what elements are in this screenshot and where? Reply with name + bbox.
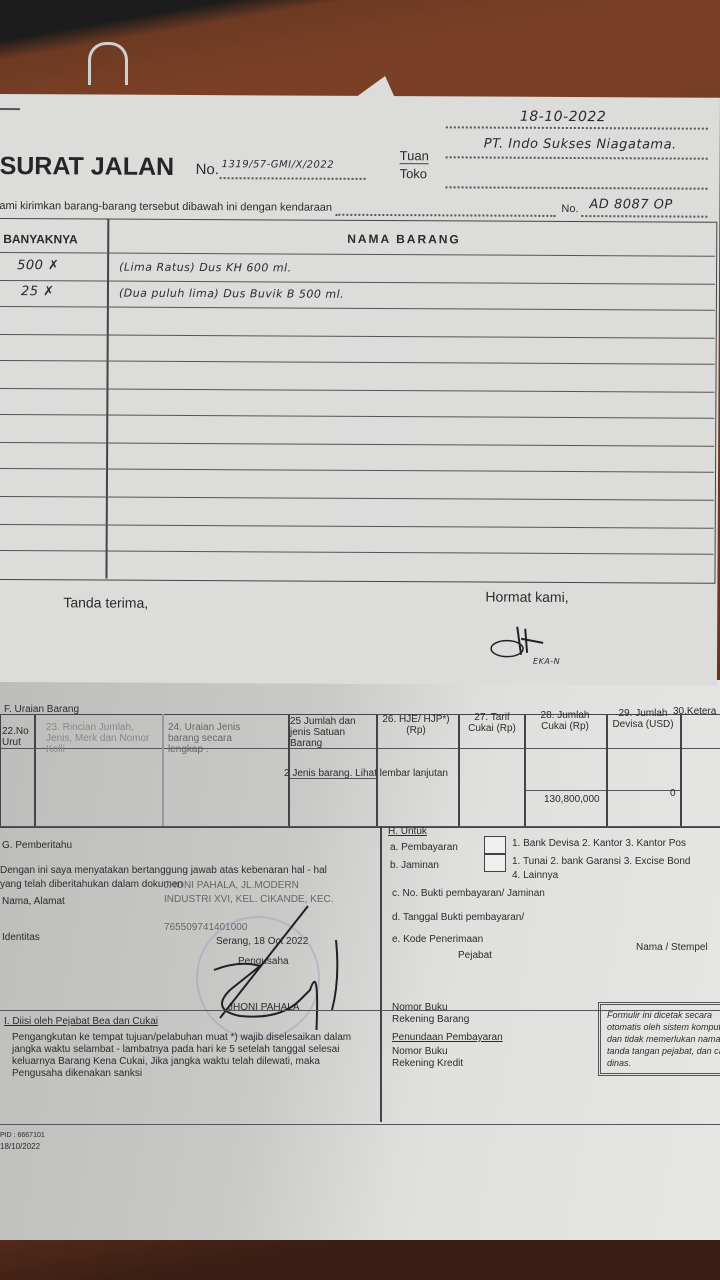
jaminan-label: b. Jaminan (390, 860, 439, 871)
signer-eka: EKA-N (533, 657, 560, 666)
tanggal-bukti-label: d. Tanggal Bukti pembayaran/ (392, 912, 524, 923)
vehicle-no-value: AD 8087 OP (589, 197, 672, 212)
hormat-kami-label: Hormat kami, (485, 589, 568, 605)
pembayaran-label: a. Pembayaran (390, 842, 458, 853)
section-h-title: H. Untuk (388, 826, 427, 837)
header-rincian: 23. Rincian Jumlah, Jenis, Merk dan Nomo… (46, 722, 156, 755)
pid-label: PID : 6667101 (0, 1132, 45, 1139)
nama-value-1: JHONI PAHALA, JL.MODERN (164, 880, 299, 891)
tuan-label: Tuan (400, 148, 429, 164)
nomor-buku-1: Nomor Buku (392, 1002, 448, 1013)
penundaan-pembayaran: Penundaan Pembayaran (392, 1032, 503, 1043)
column-header-item: NAMA BARANG (347, 232, 461, 247)
header-jumlah-satuan: 25 Jumlah dan jenis Satuan Barang (290, 716, 374, 749)
printed-date: 18/10/2022 (0, 1142, 40, 1151)
surat-jalan-no: 1319/57-GMI/X/2022 (222, 159, 335, 171)
identitas-label: Identitas (2, 932, 40, 943)
rekening-barang: Rekening Barang (392, 1014, 469, 1025)
row-2-item: (Dua puluh lima) Dus Buvik B 500 ml. (119, 287, 344, 301)
jaminan-checkbox[interactable] (484, 854, 506, 872)
pembayaran-options: 1. Bank Devisa 2. Kantor 3. Kantor Pos (512, 838, 686, 849)
total-devisa: 0 (670, 788, 676, 799)
header-uraian: 24. Uraian Jenis barang secara lengkap . (168, 722, 268, 755)
nomor-buku-2: Nomor Buku (392, 1046, 448, 1057)
section-g-title: G. Pemberitahu (2, 840, 72, 851)
tanda-terima-label: Tanda terima, (63, 594, 148, 610)
no-label: No. (196, 161, 219, 178)
row-1-qty: 500 ✗ (17, 258, 59, 273)
jaminan-options-2: 4. Lainnya (512, 870, 558, 881)
pejabat-label: Pejabat (458, 950, 492, 961)
surat-jalan-paper: 18-10-2022 SURAT JALAN No. 1319/57-GMI/X… (0, 94, 720, 686)
vehicle-no-label: No. (561, 203, 578, 215)
customs-form-paper: F. Uraian Barang 22.No Urut 23. Rincian … (0, 680, 720, 1240)
section-i-title: I. Diisi oleh Pejabat Bea dan Cukai (4, 1016, 158, 1027)
row-2-qty: 25 ✗ (21, 284, 55, 299)
intro-text: ami kirimkan barang-barang tersebut diba… (0, 200, 332, 214)
auto-print-note: Formulir ini dicetak secara otomatis ole… (598, 1002, 720, 1076)
nama-stempel-label: Nama / Stempel (636, 942, 708, 953)
nama-alamat-label: Nama, Alamat (2, 896, 65, 907)
column-header-qty: BANYAKNYA (3, 232, 78, 246)
header-jumlah-devisa: 29. Jumlah Devisa (USD) (608, 708, 678, 730)
kode-penerimaan-label: e. Kode Penerimaan (392, 934, 483, 945)
header-hje: 26. HJE/ HJP*) (Rp) (380, 714, 452, 736)
document-title: SURAT JALAN (0, 152, 174, 182)
date-value: 18-10-2022 (520, 109, 606, 125)
header-no-urut: 22.No Urut (2, 726, 32, 748)
header-tarif: 27. Tarif Cukai (Rp) (462, 712, 522, 734)
header-keterangan: 30.Ketera (673, 706, 720, 717)
row-1-item: (Lima Ratus) Dus KH 600 ml. (119, 261, 292, 275)
paper-clip (88, 42, 128, 85)
no-bukti-label: c. No. Bukti pembayaran/ Jaminan (392, 888, 545, 899)
pembayaran-checkbox[interactable] (484, 836, 506, 854)
header-jumlah-cukai: 28. Jumlah Cukai (Rp) (527, 710, 603, 732)
jaminan-options: 1. Tunai 2. bank Garansi 3. Excise Bond (512, 856, 690, 867)
toko-label: Toko (400, 166, 428, 181)
rekening-kredit: Rekening Kredit (392, 1058, 463, 1069)
recipient-value: PT. Indo Sukses Niagatama. (484, 137, 677, 153)
section-i-text: Pengangkutan ke tempat tujuan/pelabuhan … (12, 1032, 352, 1080)
total-cukai: 130,800,000 (544, 794, 600, 805)
item-row-text: 2 Jenis barang. Lihat lembar lanjutan (284, 768, 448, 779)
